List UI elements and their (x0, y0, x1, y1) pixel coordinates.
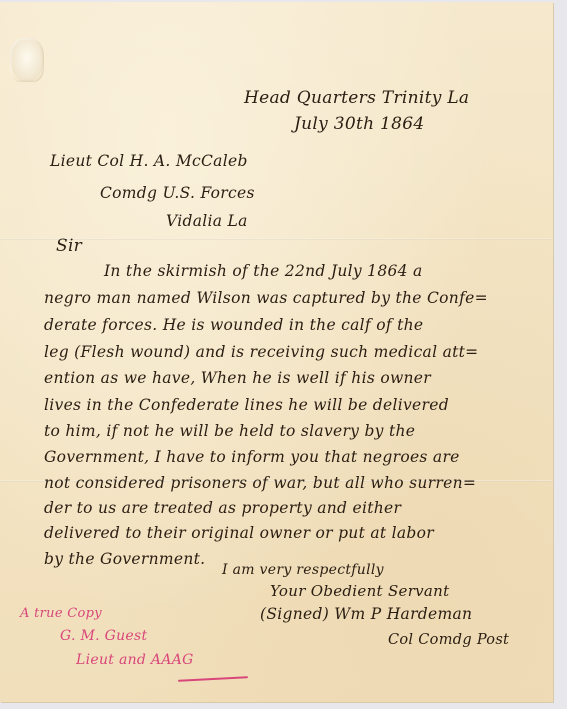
addressee-title: Comdg U.S. Forces (100, 184, 255, 202)
paper-fold-line (0, 238, 553, 240)
closing-line: Your Obedient Servant (270, 582, 449, 600)
addressee-location: Vidalia La (166, 212, 248, 230)
signature: (Signed) Wm P Hardeman (260, 605, 472, 623)
body-line: by the Government. (44, 550, 205, 568)
body-line: negro man named Wilson was captured by t… (44, 289, 488, 307)
body-line: to him, if not he will be held to slaver… (44, 422, 415, 440)
signer-title: Col Comdg Post (388, 632, 509, 648)
copy-annotation-name: G. M. Guest (60, 628, 147, 644)
annotation-underline (178, 676, 248, 682)
salutation: Sir (56, 236, 82, 256)
letter-page: Head Quarters Trinity La July 30th 1864 … (0, 2, 553, 702)
letter-place: Head Quarters Trinity La (244, 88, 469, 108)
closing-line: I am very respectfully (222, 562, 384, 578)
body-line: derate forces. He is wounded in the calf… (44, 316, 423, 334)
body-line: In the skirmish of the 22nd July 1864 a (104, 262, 423, 280)
letter-date: July 30th 1864 (294, 114, 425, 134)
addressee-name: Lieut Col H. A. McCaleb (50, 152, 248, 170)
body-line: Government, I have to inform you that ne… (44, 448, 460, 466)
body-line: der to us are treated as property and ei… (44, 499, 401, 517)
body-line: not considered prisoners of war, but all… (44, 474, 476, 492)
copy-annotation: A true Copy (20, 606, 102, 621)
body-line: leg (Flesh wound) and is receiving such … (44, 343, 478, 361)
embossed-seal-icon (10, 38, 44, 82)
body-line: lives in the Confederate lines he will b… (44, 396, 449, 414)
body-line: delivered to their original owner or put… (44, 524, 434, 542)
copy-annotation-title: Lieut and AAAG (76, 652, 194, 668)
body-line: ention as we have, When he is well if hi… (44, 369, 431, 387)
